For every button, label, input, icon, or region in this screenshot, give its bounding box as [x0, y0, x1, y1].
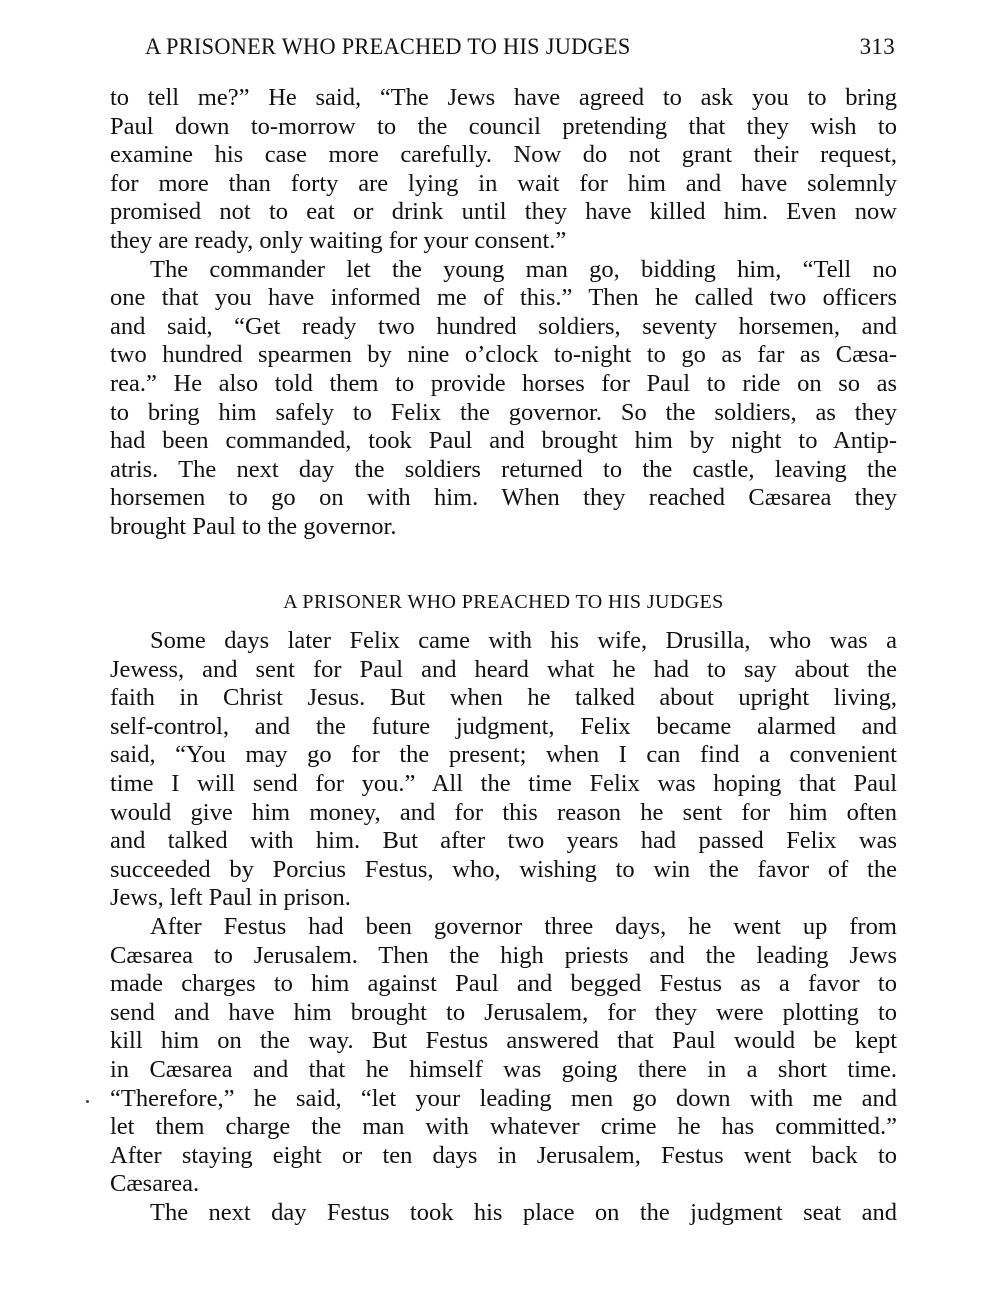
text-line: had been commanded, took Paul and brough…	[110, 427, 897, 456]
text-line: made charges to him against Paul and beg…	[110, 970, 897, 999]
text-line: they are ready, only waiting for your co…	[110, 227, 897, 256]
text-line: self-control, and the future judgment, F…	[110, 713, 897, 742]
text-line: Cæsarea.	[110, 1170, 897, 1199]
text-line: After staying eight or ten days in Jerus…	[110, 1142, 897, 1171]
text-line: for more than forty are lying in wait fo…	[110, 170, 897, 199]
text-line: Jewess, and sent for Paul and heard what…	[110, 656, 897, 685]
page-number: 313	[860, 34, 895, 60]
scan-speck	[86, 1100, 89, 1103]
text-line: examine his case more carefully. Now do …	[110, 141, 897, 170]
text-line: to bring him safely to Felix the governo…	[110, 399, 897, 428]
text-line: kill him on the way. But Festus answered…	[110, 1027, 897, 1056]
text-line: faith in Christ Jesus. But when he talke…	[110, 684, 897, 713]
text-line: to tell me?” He said, “The Jews have agr…	[110, 84, 897, 113]
text-line: brought Paul to the governor.	[110, 513, 897, 542]
running-head-title: A PRISONER WHO PREACHED TO HIS JUDGES	[145, 34, 631, 60]
paragraph-start-line: Some days later Felix came with his wife…	[110, 627, 897, 656]
text-line: and talked with him. But after two years…	[110, 827, 897, 856]
text-line: said, “You may go for the present; when …	[110, 741, 897, 770]
section-2-text: Some days later Felix came with his wife…	[110, 627, 897, 1227]
text-line: promised not to eat or drink until they …	[110, 198, 897, 227]
text-line: Cæsarea to Jerusalem. Then the high prie…	[110, 942, 897, 971]
running-head: A PRISONER WHO PREACHED TO HIS JUDGES 31…	[145, 30, 895, 64]
text-line: would give him money, and for this reaso…	[110, 799, 897, 828]
text-line: Paul down to-morrow to the council prete…	[110, 113, 897, 142]
section-1-text: to tell me?” He said, “The Jews have agr…	[110, 84, 897, 542]
text-line: send and have him brought to Jerusalem, …	[110, 999, 897, 1028]
paragraph-start-line: The next day Festus took his place on th…	[110, 1199, 897, 1228]
paragraph-start-line: The commander let the young man go, bidd…	[110, 256, 897, 285]
text-line: Jews, left Paul in prison.	[110, 884, 897, 913]
text-line: in Cæsarea and that he himself was going…	[110, 1056, 897, 1085]
text-line: and said, “Get ready two hundred soldier…	[110, 313, 897, 342]
paragraph-start-line: After Festus had been governor three day…	[110, 913, 897, 942]
text-line: rea.” He also told them to provide horse…	[110, 370, 897, 399]
text-line: succeeded by Porcius Festus, who, wishin…	[110, 856, 897, 885]
text-line: two hundred spearmen by nine o’clock to-…	[110, 341, 897, 370]
text-line: let them charge the man with whatever cr…	[110, 1113, 897, 1142]
text-line: horsemen to go on with him. When they re…	[110, 484, 897, 513]
text-line: atris. The next day the soldiers returne…	[110, 456, 897, 485]
text-line: “Therefore,” he said, “let your leading …	[110, 1085, 897, 1114]
section-heading: A PRISONER WHO PREACHED TO HIS JUDGES	[110, 588, 897, 616]
text-line: time I will send for you.” All the time …	[110, 770, 897, 799]
text-line: one that you have informed me of this.” …	[110, 284, 897, 313]
